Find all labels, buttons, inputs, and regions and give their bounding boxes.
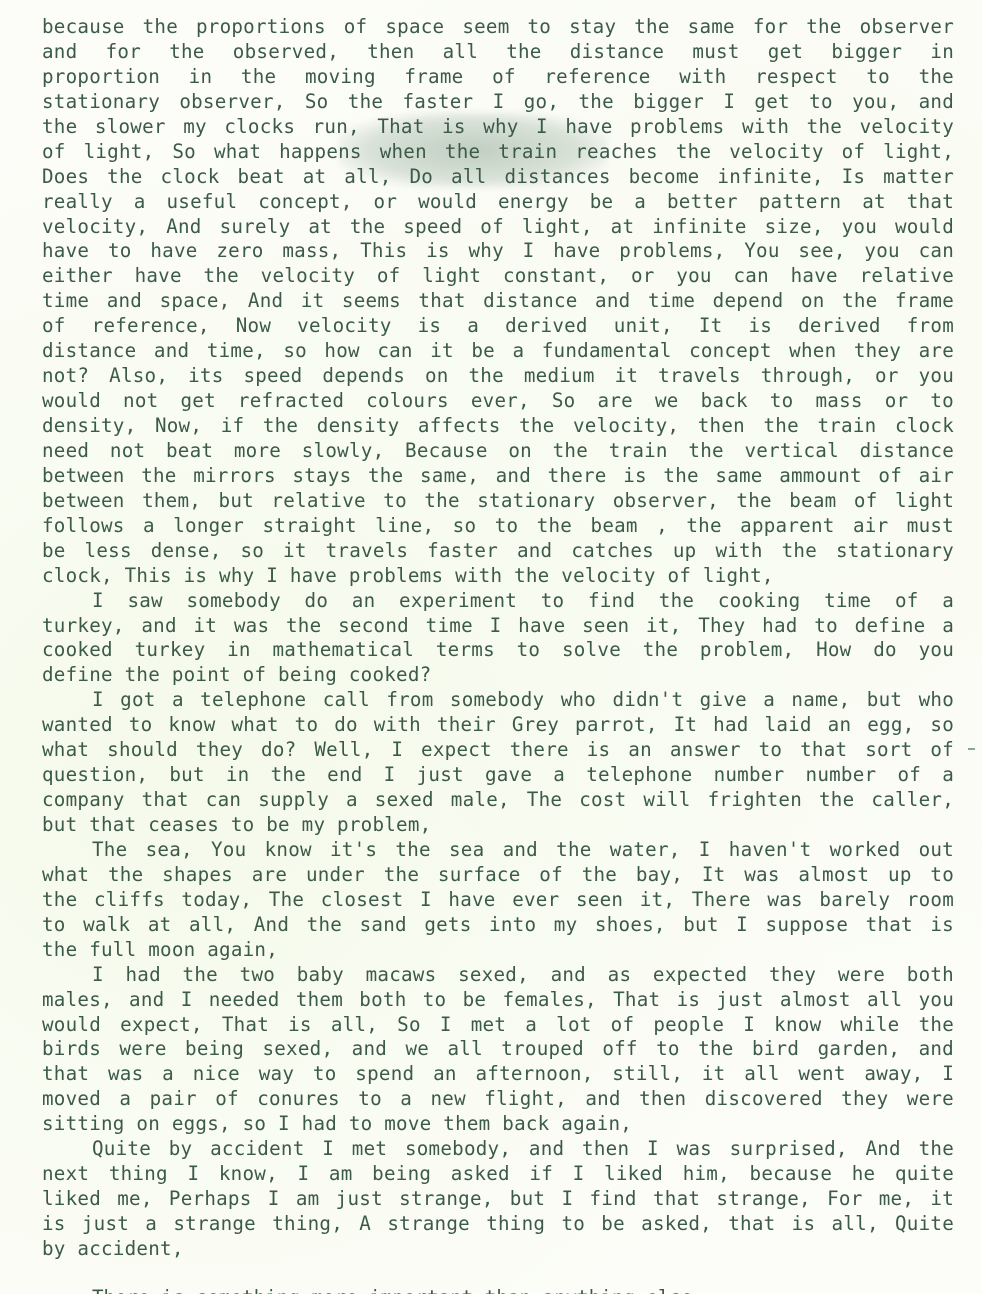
text-line: would not get refracted colours ever, So… xyxy=(42,389,954,414)
paragraph: I had the two baby macaws sexed, and as … xyxy=(42,963,954,1138)
text-line: sitting on eggs, so I had to move them b… xyxy=(42,1112,954,1137)
text-line: birds were being sexed, and we all troup… xyxy=(42,1037,954,1062)
text-line: Quite by accident I met somebody, and th… xyxy=(42,1137,954,1162)
text-line: next thing I know, I am being asked if I… xyxy=(42,1162,954,1187)
text-line: stationary observer, So the faster I go,… xyxy=(42,90,954,115)
margin-mark xyxy=(968,748,975,750)
text-line: but that ceases to be my problem, xyxy=(42,813,954,838)
paragraph: Quite by accident I met somebody, and th… xyxy=(42,1137,954,1262)
text-line: I saw somebody do an experiment to find … xyxy=(42,589,954,614)
text-line: that was a nice way to spend an afternoo… xyxy=(42,1062,954,1087)
text-line: is just a strange thing, A strange thing… xyxy=(42,1212,954,1237)
paragraph: I got a telephone call from somebody who… xyxy=(42,688,954,838)
paragraph: The sea, You know it's the sea and the w… xyxy=(42,838,954,963)
text-line: not? Also, its speed depends on the medi… xyxy=(42,364,954,389)
text-line: proportion in the moving frame of refere… xyxy=(42,65,954,90)
text-line: and for the observed, then all the dista… xyxy=(42,40,954,65)
text-line: between them, but relative to the statio… xyxy=(42,489,954,514)
text-line: of reference, Now velocity is a derived … xyxy=(42,314,954,339)
text-line: define the point of being cooked? xyxy=(42,663,954,688)
text-line: moved a pair of conures to a new flight,… xyxy=(42,1087,954,1112)
text-line: distance and time, so how can it be a fu… xyxy=(42,339,954,364)
text-line: the slower my clocks run, That is why I … xyxy=(42,115,954,140)
text-line: clock, This is why I have problems with … xyxy=(42,564,954,589)
text-line: really a useful concept, or would energy… xyxy=(42,190,954,215)
text-line: of light, So what happens when the train… xyxy=(42,140,954,165)
text-line: what should they do? Well, I expect ther… xyxy=(42,738,954,763)
paragraph: because the proportions of space seem to… xyxy=(42,15,954,589)
text-line: time and space, And it seems that distan… xyxy=(42,289,954,314)
cut-off-line: There is something more important than a… xyxy=(92,1286,693,1294)
text-line: velocity, And surely at the speed of lig… xyxy=(42,215,954,240)
document-body: because the proportions of space seem to… xyxy=(42,15,954,1262)
text-line: the cliffs today, The closest I have eve… xyxy=(42,888,954,913)
text-line: I got a telephone call from somebody who… xyxy=(42,688,954,713)
text-line: I had the two baby macaws sexed, and as … xyxy=(42,963,954,988)
text-line: either have the velocity of light consta… xyxy=(42,264,954,289)
text-line: cooked turkey in mathematical terms to s… xyxy=(42,638,954,663)
scanned-page: because the proportions of space seem to… xyxy=(0,0,982,1294)
text-line: question, but in the end I just gave a t… xyxy=(42,763,954,788)
text-line: Does the clock beat at all, Do all dista… xyxy=(42,165,954,190)
text-line: between the mirrors stays the same, and … xyxy=(42,464,954,489)
text-line: follows a longer straight line, so to th… xyxy=(42,514,954,539)
text-line: wanted to know what to do with their Gre… xyxy=(42,713,954,738)
text-line: by accident, xyxy=(42,1237,954,1262)
text-line: company that can supply a sexed male, Th… xyxy=(42,788,954,813)
text-line: would expect, That is all, So I met a lo… xyxy=(42,1013,954,1038)
text-line: what the shapes are under the surface of… xyxy=(42,863,954,888)
text-line: turkey, and it was the second time I hav… xyxy=(42,614,954,639)
text-line: The sea, You know it's the sea and the w… xyxy=(42,838,954,863)
text-line: males, and I needed them both to be fema… xyxy=(42,988,954,1013)
paragraph: I saw somebody do an experiment to find … xyxy=(42,589,954,689)
text-line: the full moon again, xyxy=(42,938,954,963)
text-line: be less dense, so it travels faster and … xyxy=(42,539,954,564)
text-line: density, Now, if the density affects the… xyxy=(42,414,954,439)
text-line: liked me, Perhaps I am just strange, but… xyxy=(42,1187,954,1212)
text-line: need not beat more slowly, Because on th… xyxy=(42,439,954,464)
text-line: have to have zero mass, This is why I ha… xyxy=(42,239,954,264)
text-line: because the proportions of space seem to… xyxy=(42,15,954,40)
text-line: to walk at all, And the sand gets into m… xyxy=(42,913,954,938)
